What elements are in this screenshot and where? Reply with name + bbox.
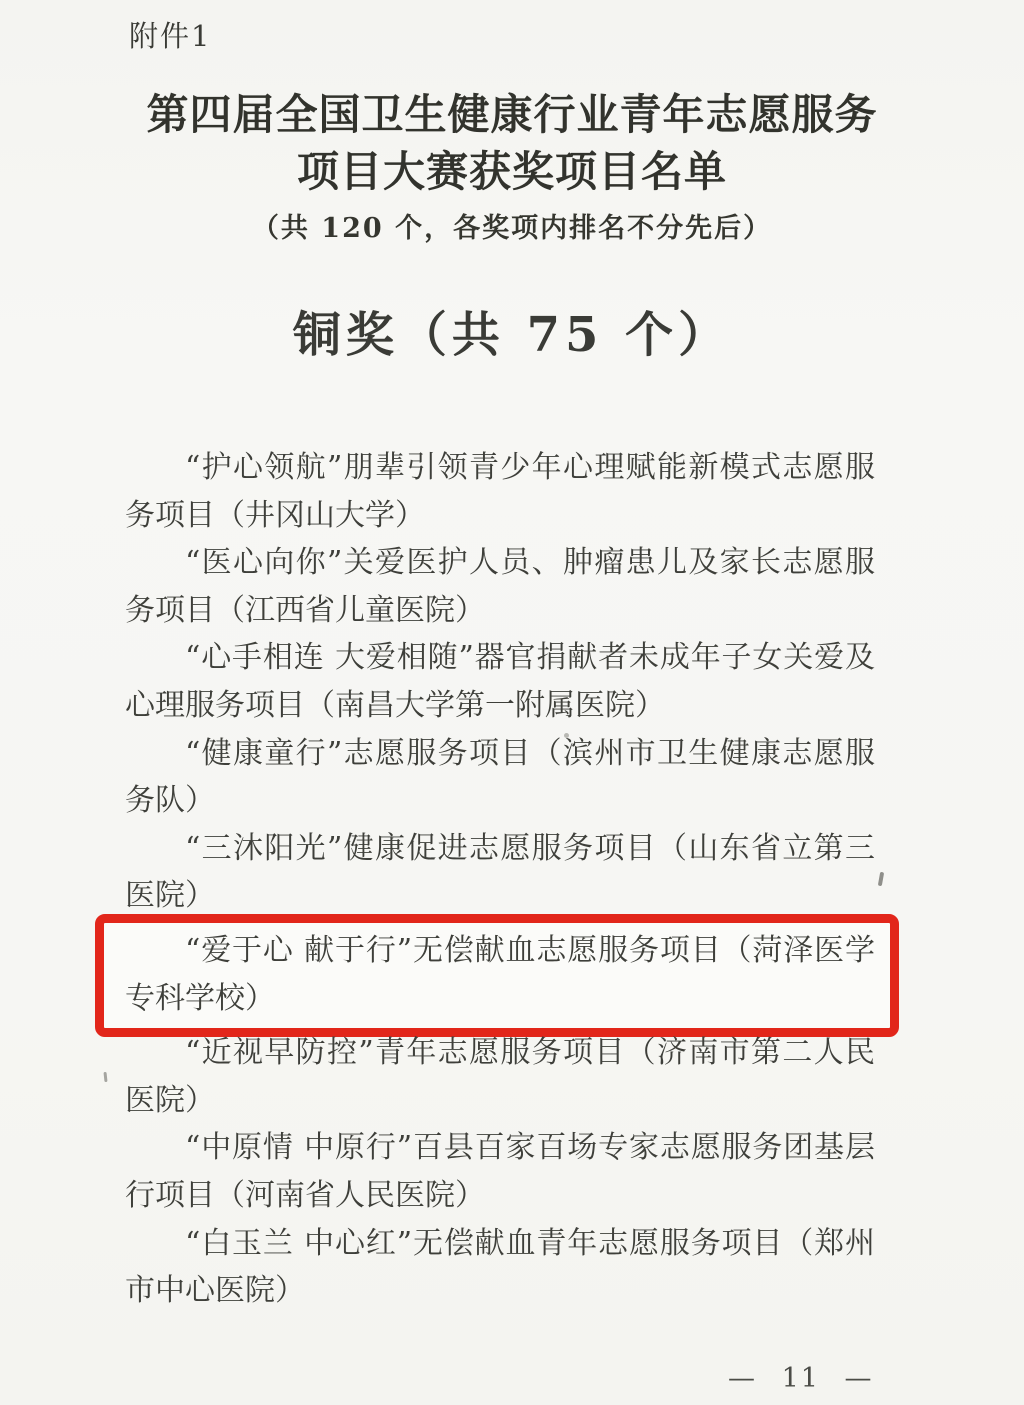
award-entry: “近视早防控”青年志愿服务项目（济南市第二人民医院） bbox=[125, 1029, 875, 1124]
scan-artifact-tick bbox=[103, 1072, 107, 1082]
award-entry: “中原情 中原行”百县百家百场专家志愿服务团基层行项目（河南省人民医院） bbox=[125, 1124, 875, 1219]
scan-artifact-dot bbox=[564, 733, 569, 738]
award-entry-list: “护心领航”朋辈引领青少年心理赋能新模式志愿服务项目（井冈山大学） “医心向你”… bbox=[125, 444, 875, 1315]
award-entry: “医心向你”关爱医护人员、肿瘤患儿及家长志愿服务项目（江西省儿童医院） bbox=[125, 539, 875, 634]
award-entry: “白玉兰 中心红”无偿献血青年志愿服务项目（郑州市中心医院） bbox=[125, 1220, 875, 1315]
document-title-line-2: 项目大赛获奖项目名单 bbox=[0, 143, 1024, 200]
document-title: 第四届全国卫生健康行业青年志愿服务 项目大赛获奖项目名单 bbox=[0, 86, 1024, 200]
page-number: — 11 — bbox=[728, 1363, 874, 1394]
award-entry-highlighted: “爱于心 献于行”无偿献血志愿服务项目（菏泽医学专科学校） bbox=[95, 914, 899, 1037]
document-title-line-1: 第四届全国卫生健康行业青年志愿服务 bbox=[0, 86, 1024, 143]
document-subtitle: （共 120 个，各奖项内排名不分先后） bbox=[0, 206, 1024, 245]
scan-artifact-tick bbox=[878, 872, 884, 886]
bronze-award-heading: 铜奖（共 75 个） bbox=[0, 296, 1024, 365]
attachment-label: 附件1 bbox=[129, 14, 211, 55]
award-entry: “三沐阳光”健康促进志愿服务项目（山东省立第三医院） bbox=[125, 825, 875, 920]
scanned-document-page: 附件1 第四届全国卫生健康行业青年志愿服务 项目大赛获奖项目名单 （共 120 … bbox=[0, 0, 1024, 1405]
award-entry: “心手相连 大爱相随”器官捐献者未成年子女关爱及心理服务项目（南昌大学第一附属医… bbox=[125, 634, 875, 729]
award-entry: “护心领航”朋辈引领青少年心理赋能新模式志愿服务项目（井冈山大学） bbox=[125, 444, 875, 539]
award-entry: “健康童行”志愿服务项目（滨州市卫生健康志愿服务队） bbox=[125, 730, 875, 825]
